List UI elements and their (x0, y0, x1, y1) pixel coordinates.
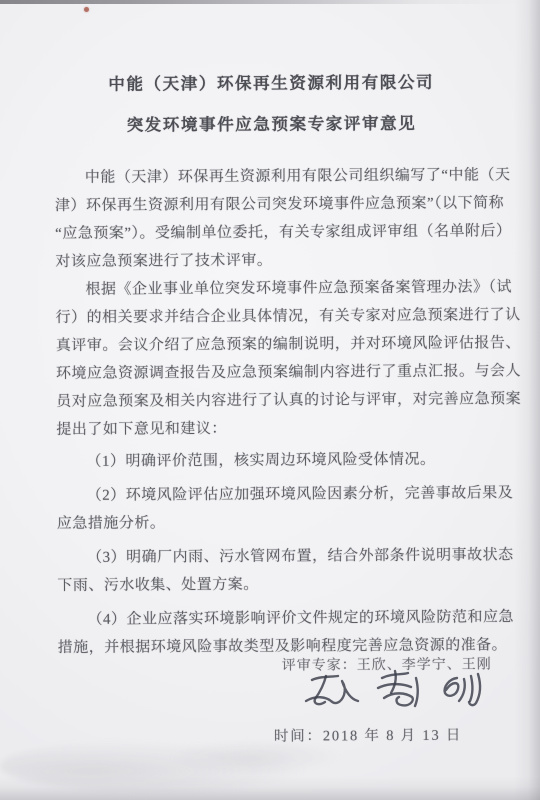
paragraph-1: 中能（天津）环保再生资源利用有限公司组织编写了“中能（天 津）环保再生资源利用有… (55, 161, 490, 276)
opinion-item-3: （3）明确厂内雨、污水管网布置，结合外部条件说明事故状态 下雨、污水收集、处置方… (57, 541, 491, 600)
handwritten-signatures (298, 666, 488, 716)
item-line: （1）明确评价范围，核实周边环境风险受体情况。 (56, 445, 490, 476)
paragraph-line: 员对应急预案及相关内容进行了认真的讨论与评审，对完善应急预案 (56, 385, 490, 416)
paragraph-line: 对该应急预案进行了技术评审。 (55, 245, 489, 276)
signature-li-xue-ning (378, 671, 418, 706)
item-line: （2）环境风险评估应加强环境风险因素分析，完善事故后果及 (57, 479, 491, 510)
document-body: 中能（天津）环保再生资源利用有限公司 突发环境事件应急预案专家评审意见 中能（天… (54, 0, 493, 750)
paragraph-line: 行）的相关要求并结合企业具体情况，有关专家对应急预案进行了认 (56, 301, 490, 332)
item-line: （4）企业应落实环境影响评价文件规定的环境风险防范和应急 (57, 603, 491, 634)
signature-wang-gang (445, 674, 480, 705)
paragraph-line: 根据《企业事业单位突发环境事件应急预案备案管理办法》（试 (55, 273, 489, 304)
paragraph-line: 中能（天津）环保再生资源利用有限公司组织编写了“中能（天 (55, 161, 489, 192)
paragraph-line: 环境应急资源调查报告及应急预案编制内容进行了重点汇报。与会人 (56, 357, 490, 388)
paragraph-line: 真评审。会议介绍了应急预案的编制说明，并对环境风险评估报告、 (56, 329, 490, 360)
scan-smudge (170, 740, 340, 774)
document-title: 中能（天津）环保再生资源利用有限公司 (54, 70, 488, 97)
scanned-document-page: 中能（天津）环保再生资源利用有限公司 突发环境事件应急预案专家评审意见 中能（天… (0, 0, 540, 800)
opinion-item-2: （2）环境风险评估应加强环境风险因素分析，完善事故后果及 应急措施分析。 (57, 479, 491, 538)
item-line: （3）明确厂内雨、污水管网布置，结合外部条件说明事故状态 (57, 541, 491, 572)
signature-wang-xin (306, 676, 358, 704)
scan-edge-shadow-right (514, 0, 540, 800)
item-line: 下雨、污水收集、处置方案。 (57, 569, 491, 600)
scan-edge-shadow-bottom (0, 776, 540, 800)
paragraph-2: 根据《企业事业单位突发环境事件应急预案备案管理办法》（试 行）的相关要求并结合企… (55, 273, 490, 444)
opinion-item-1: （1）明确评价范围，核实周边环境风险受体情况。 (56, 445, 490, 476)
item-line: 应急措施分析。 (57, 507, 491, 538)
paragraph-line: 津）环保再生资源利用有限公司突发环境事件应急预案”（以下简称 (55, 189, 489, 220)
paragraph-line: 提出了如下意见和建议： (56, 413, 490, 444)
document-subtitle: 突发环境事件应急预案专家评审意见 (54, 111, 488, 138)
paragraph-line: “应急预案”）。受编制单位委托，有关专家组成评审组（名单附后） (55, 217, 489, 248)
